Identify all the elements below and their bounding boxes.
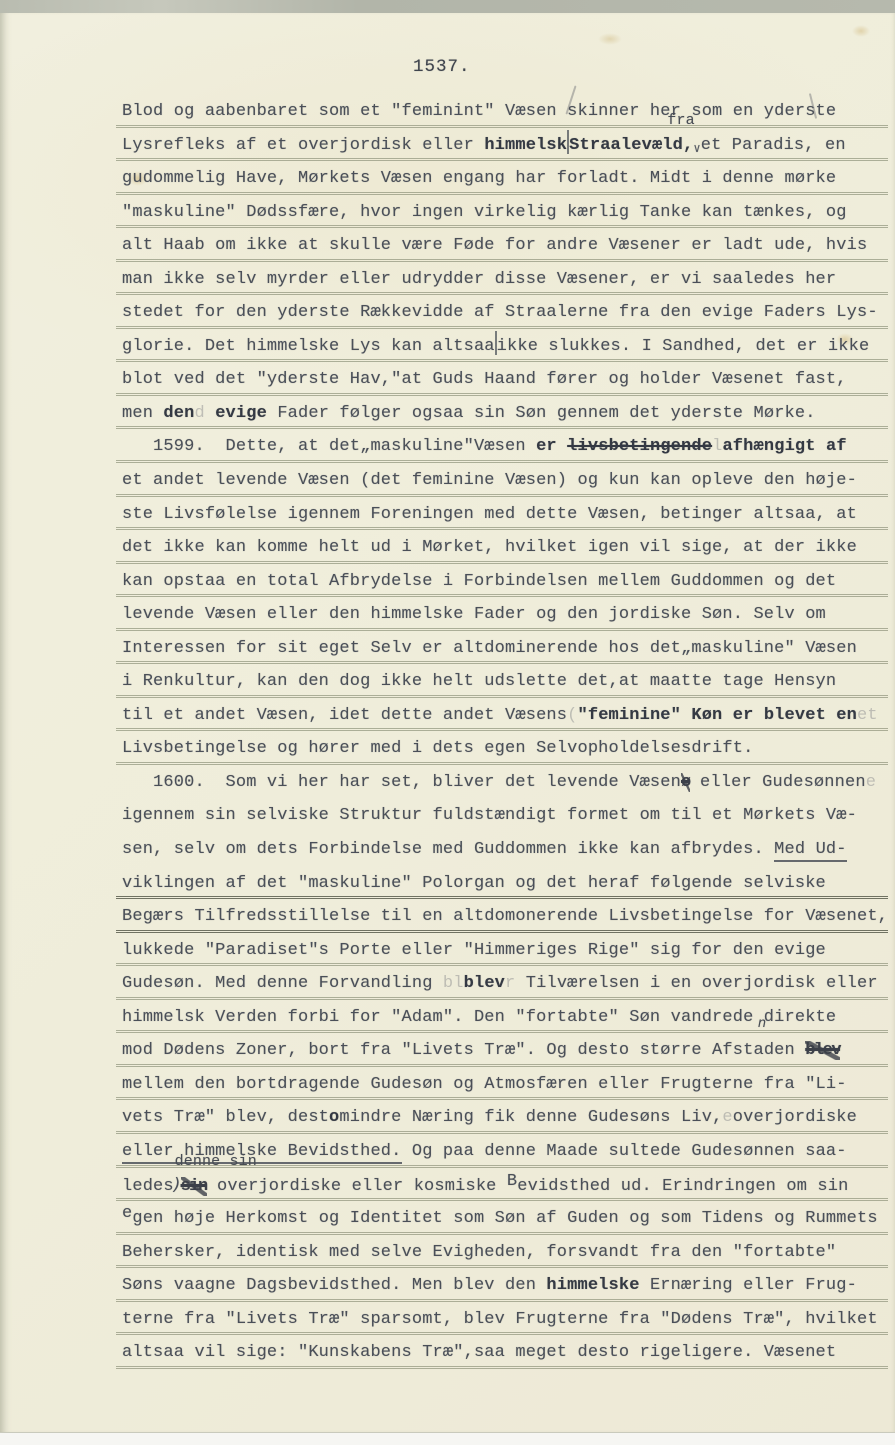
text-segment: himmelske: [546, 1276, 639, 1295]
text-segment: gudommelig Have, Mørkets Væsen engang ha…: [122, 169, 836, 188]
text-segment: 1599. Dette, at det„maskuline"Væsen: [122, 437, 536, 456]
text-segment: evidsthed ud. Erindringen om sin: [517, 1177, 848, 1196]
text-segment: Tilværelsen i en overjordisk eller: [515, 974, 877, 993]
text-segment: igennem sin selviske Struktur fuldstændi…: [122, 806, 857, 825]
text-line: Blod og aabenbaret som et "feminint" Væs…: [122, 95, 884, 129]
text-segment: B: [507, 1172, 517, 1191]
text-segment: et: [857, 706, 878, 725]
text-segment: livsbetingende: [567, 437, 712, 456]
text-segment: [205, 404, 215, 423]
text-segment: et Paradis, en: [701, 136, 846, 155]
text-line: kan opstaa en total Afbrydelse i Forbind…: [122, 565, 884, 599]
text-segment: eller himmelske Bevidsthed.: [122, 1142, 402, 1164]
text-segment: afhængigt af: [722, 437, 846, 456]
text-segment: overjordiske: [733, 1108, 857, 1127]
text-line: lukkede "Paradiset"s Porte eller "Himmer…: [122, 934, 884, 968]
text-segment: mindre Næring fik denne Gudesøns Liv,: [339, 1108, 722, 1127]
text-segment: den: [163, 404, 194, 423]
page-number: 1537.: [413, 57, 471, 77]
text-segment: sen, selv om dets Forbindelse med Guddom…: [122, 840, 774, 859]
text-segment: e: [866, 773, 876, 792]
text-segment: (: [567, 706, 577, 725]
text-segment: [557, 437, 567, 456]
text-segment: ∨: [693, 142, 700, 156]
text-line: levende Væsen eller den himmelske Fader …: [122, 598, 884, 632]
text-segment: d: [194, 404, 204, 423]
text-segment: e: [122, 1204, 132, 1223]
text-line: viklingen af det "maskuline" Polorgan og…: [122, 867, 884, 901]
text-segment: overjordiske eller kosmiske: [207, 1177, 507, 1196]
text-segment: lukkede "Paradiset"s Porte eller "Himmer…: [122, 941, 826, 960]
text-line: Lysrefleks af et overjordisk eller himme…: [122, 129, 884, 163]
text-segment: terne fra "Livets Træ" sparsomt, blev Fr…: [122, 1310, 878, 1329]
text-segment: evige: [215, 404, 267, 423]
text-segment: himmelsk Verden forbi for "Adam". Den "f…: [122, 1008, 836, 1027]
text-segment: mod Dødens Zoner, bort fra "Livets Træ".…: [122, 1041, 764, 1060]
text-segment: Begærs Tilfredsstillelse til en altdomon…: [122, 907, 888, 926]
text-line: "maskuline" Dødssfære, hvor ingen virkel…: [122, 196, 884, 230]
text-segment: til et andet Væsen, idet dette andet Væs…: [122, 706, 567, 725]
text-segment: Og paa denne Maade sultede Gudesønnen sa…: [402, 1142, 847, 1161]
text-segment: bl: [443, 974, 464, 993]
text-line: i Renkultur, kan den dog ikke helt udsle…: [122, 665, 884, 699]
text-segment: man ikke selv myrder eller udrydder diss…: [122, 270, 836, 289]
text-line: sen, selv om dets Forbindelse med Guddom…: [122, 833, 884, 867]
text-line: Livsbetingelse og hører med i dets egen …: [122, 732, 884, 766]
text-segment: Behersker, identisk med selve Evigheden,…: [122, 1243, 836, 1262]
text-line: egen høje Herkomst og Identitet som Søn …: [122, 1202, 884, 1236]
text-line: himmelsk Verden forbi for "Adam". Den "f…: [122, 1001, 884, 1035]
text-line: terne fra "Livets Træ" sparsomt, blev Fr…: [122, 1303, 884, 1337]
text-segment: glorie. Det himmelske Lys kan altsaa: [122, 337, 495, 356]
text-segment: "feminine" Køn er blevet en: [577, 706, 857, 725]
text-segment: "maskuline" Dødssfære, hvor ingen virkel…: [122, 203, 847, 222]
text-segment: Fader følger ogsaa sin Søn gennem det yd…: [267, 404, 816, 423]
text-line: ste Livsfølelse igennem Foreningen med d…: [122, 498, 884, 532]
text-segment: men: [122, 404, 163, 423]
scanner-top-edge: [0, 0, 895, 13]
text-segment: kan opstaa en total Afbrydelse i Forbind…: [122, 572, 836, 591]
text-line: Begærs Tilfredsstillelse til en altdomon…: [122, 900, 884, 934]
text-line: vets Træ" blev, destomindre Næring fik d…: [122, 1101, 884, 1135]
text-line: mod Dødens Zoner, bort fra "Livets Træ".…: [122, 1034, 884, 1068]
text-line: ledes)denne sinsin overjordiske eller ko…: [122, 1169, 884, 1203]
text-line: stedet for den yderste Rækkevidde af Str…: [122, 296, 884, 330]
text-segment: Søns vaagne Dagsbevidsthed. Men blev den: [122, 1276, 546, 1295]
paper-stain: [852, 25, 870, 37]
scribbled-out-word: blev: [805, 1041, 840, 1060]
scanner-bottom-edge: [0, 1432, 895, 1445]
text-segment: eller Gudesønnen: [690, 773, 866, 792]
text-segment: altsaa vil sige: "Kunskabens Træ",saa me…: [122, 1343, 836, 1362]
text-segment: e: [722, 1108, 732, 1127]
text-segment: Straalevæld,: [569, 136, 693, 155]
text-segment: Livsbetingelse og hører med i dets egen …: [122, 739, 753, 758]
text-segment: et andet levende Væsen (det feminine Væs…: [122, 471, 857, 490]
text-line: et andet levende Væsen (det feminine Væs…: [122, 464, 884, 498]
text-segment: mellem den bortdragende Gudesøn og Atmos…: [122, 1075, 847, 1094]
text-line: Gudesøn. Med denne Forvandling blblevr T…: [122, 967, 884, 1001]
text-segment: l: [712, 437, 722, 456]
text-segment: stedet for den yderste Rækkevidde af Str…: [122, 303, 878, 322]
text-line: 1600. Som vi her har set, bliver det lev…: [122, 766, 884, 800]
text-segment: levende Væsen eller den himmelske Fader …: [122, 605, 826, 624]
text-line: blot ved det "yderste Hav,"at Guds Haand…: [122, 363, 884, 397]
text-segment: 1600. Som vi her har set, bliver det lev…: [122, 773, 681, 792]
text-line: Søns vaagne Dagsbevidsthed. Men blev den…: [122, 1269, 884, 1303]
text-segment: viklingen af det "maskuline" Polorgan og…: [122, 874, 826, 893]
text-line: til et andet Væsen, idet dette andet Væs…: [122, 699, 884, 733]
text-line: igennem sin selviske Struktur fuldstændi…: [122, 799, 884, 833]
text-segment: det ikke kan komme helt ud i Mørket, hvi…: [122, 538, 857, 557]
text-line: Behersker, identisk med selve Evigheden,…: [122, 1236, 884, 1270]
text-segment: blot ved det "yderste Hav,"at Guds Haand…: [122, 370, 847, 389]
text-line: altsaa vil sige: "Kunskabens Træ",saa me…: [122, 1336, 884, 1370]
text-line: alt Haab om ikke at skulle være Føde for…: [122, 229, 884, 263]
text-segment: er: [536, 437, 557, 456]
text-segment: o: [329, 1108, 339, 1127]
text-segment: blev: [464, 974, 505, 993]
text-segment: den: [764, 1041, 805, 1060]
text-line: mellem den bortdragende Gudesøn og Atmos…: [122, 1068, 884, 1102]
text-segment: ledes: [122, 1177, 174, 1196]
text-segment: i Renkultur, kan den dog ikke helt udsle…: [122, 672, 836, 691]
scribbled-out-word: ø: [681, 773, 690, 792]
scribbled-out-word: sin: [181, 1177, 207, 1196]
paper-stain: [598, 33, 622, 45]
text-line: men dend evige Fader følger ogsaa sin Sø…: [122, 397, 884, 431]
text-segment: ste Livsfølelse igennem Foreningen med d…: [122, 505, 857, 524]
text-segment: Lysrefleks af et overjordisk eller: [122, 136, 484, 155]
text-segment: Ernæring eller Frug-: [640, 1276, 857, 1295]
text-line: glorie. Det himmelske Lys kan altsaaikke…: [122, 330, 884, 364]
text-segment: Blod og aabenbaret som et "feminint" Væs…: [122, 102, 836, 121]
text-line: 1599. Dette, at det„maskuline"Væsen er l…: [122, 430, 884, 464]
text-line: man ikke selv myrder eller udrydder diss…: [122, 263, 884, 297]
text-segment: Med Ud-: [774, 840, 846, 862]
text-segment: gen høje Herkomst og Identitet som Søn a…: [132, 1209, 877, 1228]
manuscript-page: 1537. Blod og aabenbaret som et "feminin…: [0, 13, 895, 1432]
text-segment: himmelsk: [484, 136, 567, 155]
text-segment: alt Haab om ikke at skulle være Føde for…: [122, 236, 867, 255]
text-segment: Interessen for sit eget Selv er altdomin…: [122, 639, 857, 658]
text-line: det ikke kan komme helt ud i Mørket, hvi…: [122, 531, 884, 565]
text-segment: Gudesøn. Med denne Forvandling: [122, 974, 443, 993]
text-segment: vets Træ" blev, dest: [122, 1108, 329, 1127]
text-segment: ikke slukkes. I Sandhed, det er ikke: [497, 337, 870, 356]
text-segment: r: [505, 974, 515, 993]
text-lines: Blod og aabenbaret som et "feminint" Væs…: [122, 95, 884, 1370]
text-line: gudommelig Have, Mørkets Væsen engang ha…: [122, 162, 884, 196]
text-line: Interessen for sit eget Selv er altdomin…: [122, 632, 884, 666]
